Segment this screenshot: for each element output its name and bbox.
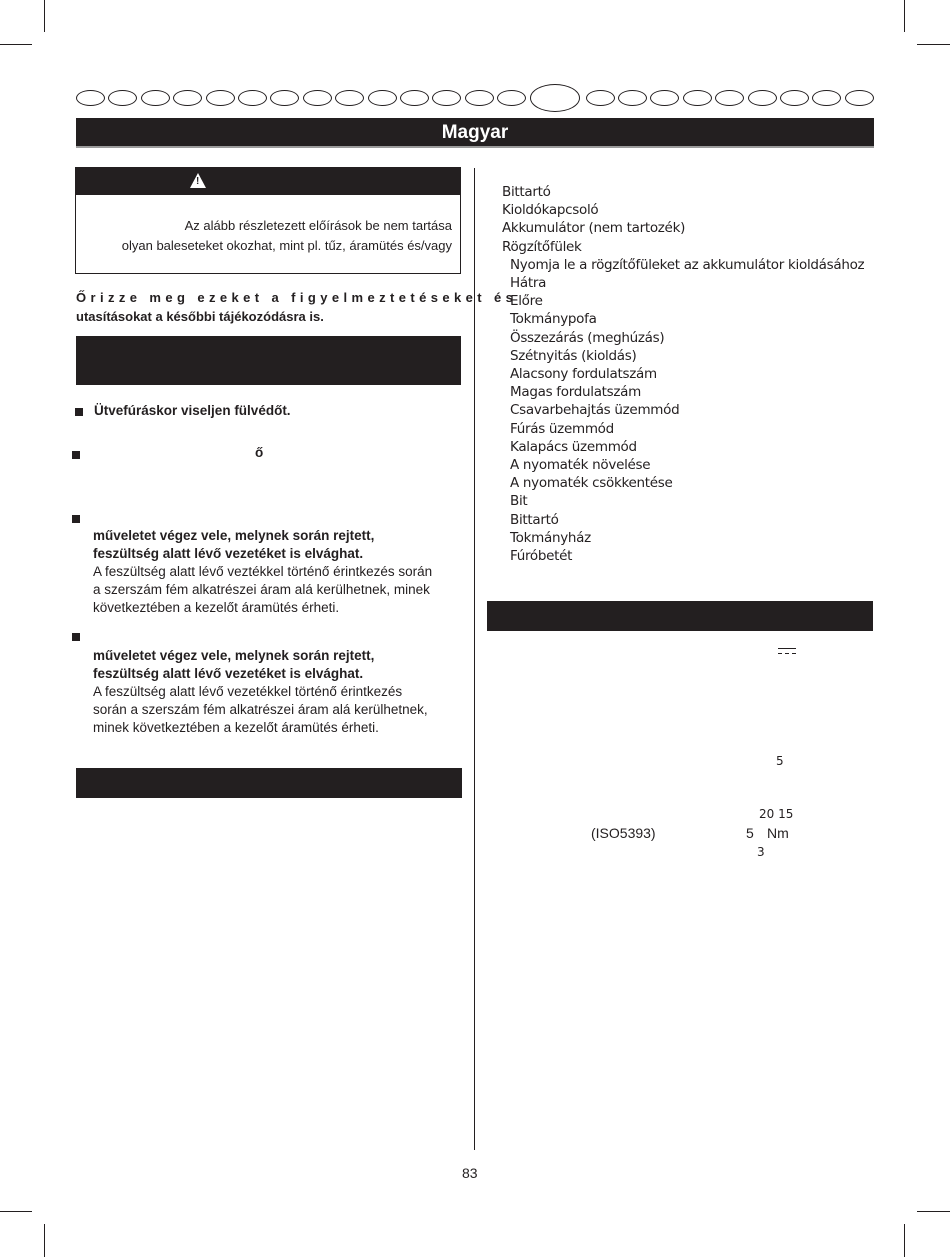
section-header-bar [76, 768, 462, 798]
language-tab[interactable] [683, 90, 712, 106]
parts-list-item: A nyomaték növelése [502, 456, 864, 474]
parts-list-item: A nyomaték csökkentése [502, 474, 864, 492]
language-tab[interactable] [812, 90, 841, 106]
language-tab[interactable] [715, 90, 744, 106]
warning-text: Az alább részletezett előírások be nem t… [82, 216, 452, 256]
language-tab[interactable] [335, 90, 364, 106]
spec-torque-unit: Nm [767, 825, 789, 841]
language-tab[interactable] [586, 90, 615, 106]
parts-list-item: Tokmánypofa [502, 310, 864, 328]
parts-list-item: Kalapács üzemmód [502, 438, 864, 456]
spec-value: 20 15 [759, 807, 793, 821]
parts-list-item: Összezárás (meghúzás) [502, 329, 864, 347]
language-tab[interactable] [173, 90, 202, 106]
language-tab[interactable] [432, 90, 461, 106]
bullet-text: műveletet végez vele, melynek során rejt… [93, 647, 463, 737]
keep-instructions-note: Őrizze meg ezeket a figyelmeztetéseket é… [76, 288, 462, 326]
bullet-icon [72, 451, 80, 459]
crop-mark [0, 1211, 32, 1212]
language-tab[interactable] [497, 90, 526, 106]
language-tab[interactable] [141, 90, 170, 106]
language-tab[interactable] [618, 90, 647, 106]
language-tab[interactable] [76, 90, 105, 106]
language-tab[interactable] [206, 90, 235, 106]
warning-header: ! [76, 168, 460, 195]
bullet-text: ő [255, 444, 263, 462]
language-tab[interactable] [270, 90, 299, 106]
column-divider [474, 168, 475, 1150]
parts-list-item: Rögzítőfülek [502, 238, 864, 256]
parts-list-item: Alacsony fordulatszám [502, 365, 864, 383]
crop-mark [904, 0, 905, 32]
warning-box: ! Az alább részletezett előírások be nem… [75, 167, 461, 274]
language-tabs [76, 84, 876, 114]
parts-list-item: Fúróbetét [502, 547, 864, 565]
language-tab[interactable] [748, 90, 777, 106]
dc-current-icon [778, 648, 796, 656]
parts-list-item: Bittartó [502, 511, 864, 529]
language-tab[interactable] [845, 90, 874, 106]
spec-iso-label: (ISO5393) [591, 825, 656, 841]
parts-list-item: Előre [502, 292, 864, 310]
spec-value: 5 [776, 754, 784, 768]
parts-list-item: Magas fordulatszám [502, 383, 864, 401]
warning-triangle-icon: ! [190, 173, 206, 188]
language-tab[interactable] [303, 90, 332, 106]
specifications-header-bar [487, 601, 873, 631]
bullet-icon [75, 408, 83, 416]
page-number: 83 [462, 1165, 478, 1181]
parts-list-item: Bit [502, 492, 864, 510]
parts-list-item: Fúrás üzemmód [502, 420, 864, 438]
language-tab[interactable] [465, 90, 494, 106]
language-tab[interactable] [108, 90, 137, 106]
spec-value: 3 [757, 845, 765, 859]
bullet-icon [72, 633, 80, 641]
parts-list-item: Bittartó [502, 183, 864, 201]
language-tab[interactable] [650, 90, 679, 106]
language-tab[interactable] [400, 90, 429, 106]
language-tab[interactable] [368, 90, 397, 106]
crop-mark [44, 0, 45, 32]
crop-mark [44, 1224, 45, 1257]
bullet-text: Ütvefúráskor viseljen fülvédőt. [94, 402, 291, 420]
bullet-icon [72, 515, 80, 523]
language-tab[interactable] [780, 90, 809, 106]
crop-mark [917, 1211, 950, 1212]
language-tab[interactable] [238, 90, 267, 106]
parts-list: BittartóKioldókapcsolóAkkumulátor (nem t… [502, 183, 864, 565]
section-header-bar [76, 336, 461, 385]
parts-list-item: Tokmányház [502, 529, 864, 547]
crop-mark [917, 44, 950, 45]
bullet-text: műveletet végez vele, melynek során rejt… [93, 527, 463, 617]
parts-list-item: Nyomja le a rögzítőfüleket az akkumuláto… [502, 256, 864, 274]
parts-list-item: Hátra [502, 274, 864, 292]
language-tab-active[interactable] [530, 84, 580, 112]
parts-list-item: Kioldókapcsoló [502, 201, 864, 219]
parts-list-item: Csavarbehajtás üzemmód [502, 401, 864, 419]
parts-list-item: Akkumulátor (nem tartozék) [502, 219, 864, 237]
crop-mark [0, 44, 32, 45]
spec-torque-value: 5 [746, 825, 754, 841]
crop-mark [904, 1224, 905, 1257]
parts-list-item: Szétnyitás (kioldás) [502, 347, 864, 365]
page-title: Magyar [76, 118, 874, 148]
